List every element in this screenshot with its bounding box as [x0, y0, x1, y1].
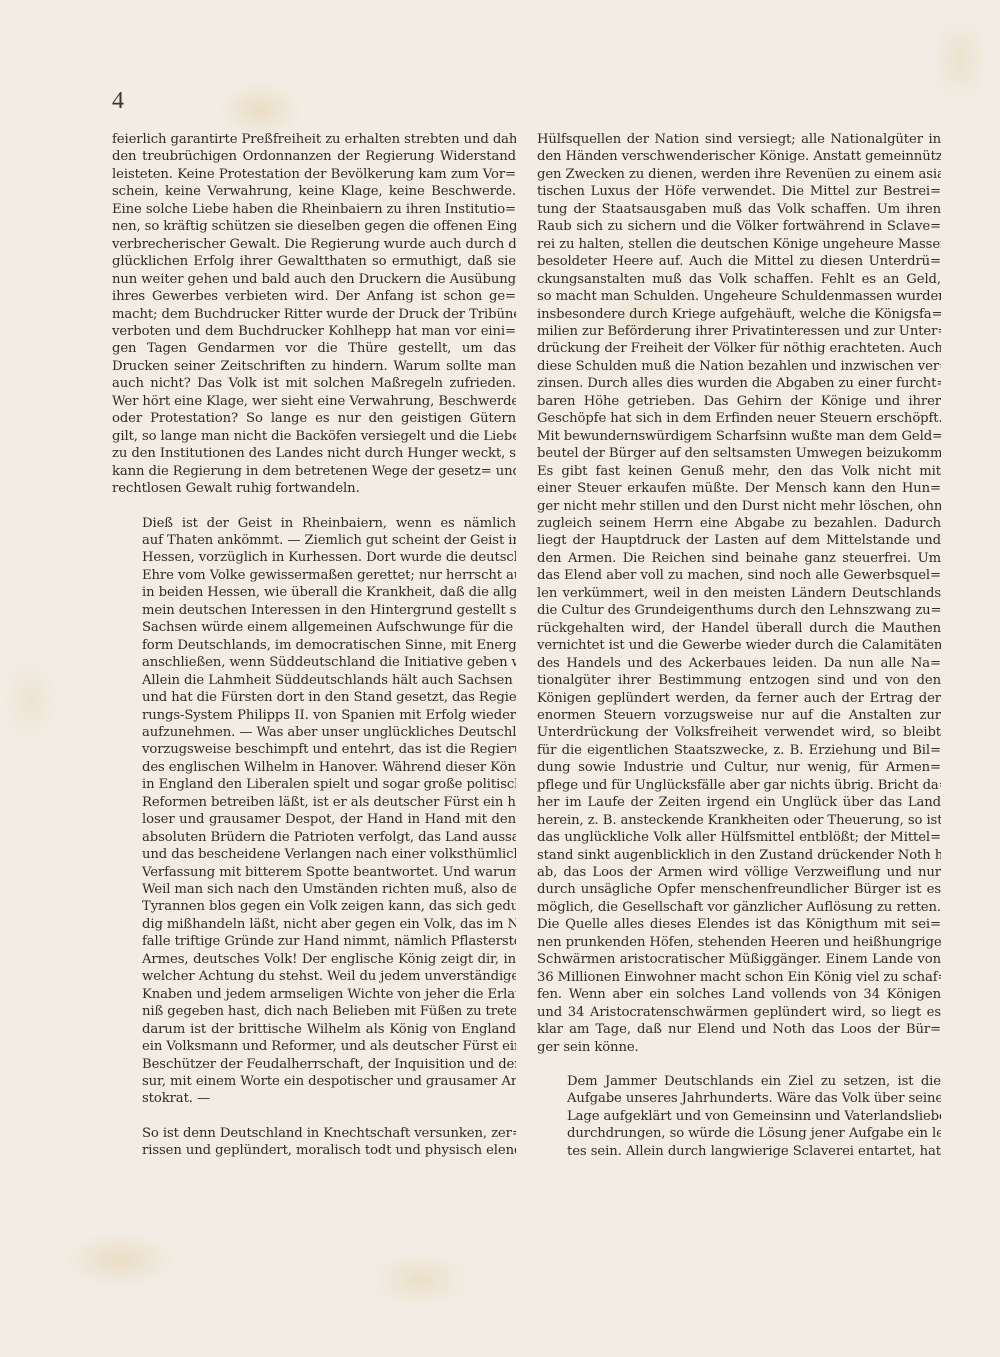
text-line: verboten und dem Buchdrucker Kohlhepp ha… — [112, 323, 516, 340]
text-line: macht; dem Buchdrucker Ritter wurde der … — [112, 306, 516, 323]
text-line: nen, so kräftig schützen sie dieselben g… — [112, 218, 516, 235]
text-line: Eine solche Liebe haben die Rheinbaiern … — [112, 201, 516, 218]
text-line: rissen und geplündert, moralisch todt un… — [112, 1142, 516, 1159]
paragraph: Hülfsquellen der Nation sind versiegt; a… — [537, 131, 941, 1056]
text-line: absoluten Brüdern die Patrioten verfolgt… — [112, 829, 516, 846]
text-line: verbrecherischer Gewalt. Die Regierung w… — [112, 236, 516, 253]
text-line: drückung der Freiheit der Völker für nöt… — [537, 340, 941, 357]
text-line: des englischen Wilhelm in Hanover. Währe… — [112, 759, 516, 776]
text-line: gen Zwecken zu dienen, werden ihre Reven… — [537, 166, 941, 183]
text-line: in beiden Hessen, wie überall die Krankh… — [112, 584, 516, 601]
text-line: So ist denn Deutschland in Knechtschaft … — [112, 1125, 516, 1142]
paragraph: So ist denn Deutschland in Knechtschaft … — [112, 1125, 516, 1160]
text-line: nun weiter gehen und bald auch den Druck… — [112, 271, 516, 288]
text-line: die Cultur des Grundeigenthums durch den… — [537, 602, 941, 619]
paragraph: feierlich garantirte Preßfreiheit zu erh… — [112, 131, 516, 498]
text-line: tionalgüter ihrer Bestimmung entzogen si… — [537, 672, 941, 689]
text-line: oder Protestation? So lange es nur den g… — [112, 410, 516, 427]
text-line: zu den Institutionen des Landes nicht du… — [112, 445, 516, 462]
text-line: des Handels und des Ackerbaues leiden. D… — [537, 655, 941, 672]
text-line: loser und grausamer Despot, der Hand in … — [112, 811, 516, 828]
text-line: liegt der Hauptdruck der Lasten auf dem … — [537, 532, 941, 549]
text-line: so macht man Schulden. Ungeheure Schulde… — [537, 288, 941, 305]
text-line: möglich, die Gesellschaft vor gänzlicher… — [537, 899, 941, 916]
text-column-right: Hülfsquellen der Nation sind versiegt; a… — [537, 131, 941, 1160]
text-line: dung sowie Industrie und Cultur, nur wen… — [537, 759, 941, 776]
text-line: glücklichen Erfolg ihrer Gewaltthaten so… — [112, 253, 516, 270]
text-line: feierlich garantirte Preßfreiheit zu erh… — [112, 131, 516, 148]
text-line: herein, z. B. ansteckende Krankheiten od… — [537, 812, 941, 829]
text-line: ckungsanstalten muß das Volk schaffen. F… — [537, 271, 941, 288]
text-line: beutel der Bürger auf den seltsamsten Um… — [537, 445, 941, 462]
text-line: welcher Achtung du stehst. Weil du jedem… — [112, 968, 516, 985]
text-line: besoldeter Heere auf. Auch die Mittel zu… — [537, 253, 941, 270]
text-line: Lage aufgeklärt und von Gemeinsinn und V… — [537, 1108, 941, 1125]
text-line: ein Volksmann und Reformer, und als deut… — [112, 1038, 516, 1055]
text-line: fen. Wenn aber ein solches Land vollends… — [537, 986, 941, 1003]
text-line: tischen Luxus der Höfe verwendet. Die Mi… — [537, 183, 941, 200]
text-line: den Armen. Die Reichen sind beinahe ganz… — [537, 550, 941, 567]
text-line: den treubrüchigen Ordonnanzen der Regier… — [112, 148, 516, 165]
text-line: in England den Liberalen spielt und soga… — [112, 776, 516, 793]
text-line: klar am Tage, daß nur Elend und Noth das… — [537, 1021, 941, 1038]
text-line: Dieß ist der Geist in Rheinbaiern, wenn … — [112, 515, 516, 532]
paragraph: Dieß ist der Geist in Rheinbaiern, wenn … — [112, 515, 516, 1108]
text-line: Reformen betreiben läßt, ist er als deut… — [112, 794, 516, 811]
text-line: Weil man sich nach den Umständen richten… — [112, 881, 516, 898]
text-line: anschließen, wenn Süddeutschland die Ini… — [112, 654, 516, 671]
text-line: auch nicht? Das Volk ist mit solchen Maß… — [112, 375, 516, 392]
text-line: baren Höhe getrieben. Das Gehirn der Kön… — [537, 393, 941, 410]
text-line: Wer hört eine Klage, wer sieht eine Verw… — [112, 393, 516, 410]
text-line: durch unsägliche Opfer menschenfreundlic… — [537, 881, 941, 898]
text-line: vorzugsweise beschimpft und entehrt, das… — [112, 741, 516, 758]
text-line: milien zur Beförderung ihrer Privatinter… — [537, 323, 941, 340]
text-line: Schwärmen aristocratischer Müßiggänger. … — [537, 951, 941, 968]
text-line: Raub sich zu sichern und die Völker fort… — [537, 218, 941, 235]
text-line: das unglückliche Volk aller Hülfsmittel … — [537, 829, 941, 846]
text-line: durchdrungen, so würde die Lösung jener … — [537, 1125, 941, 1142]
text-line: und das bescheidene Verlangen nach einer… — [112, 846, 516, 863]
text-line: gilt, so lange man nicht die Backöfen ve… — [112, 428, 516, 445]
text-line: ger nicht mehr stillen und den Durst nic… — [537, 498, 941, 515]
text-line: vernichtet ist und die Gewerbe wieder du… — [537, 637, 941, 654]
text-line: Unterdrückung der Volksfreiheit verwende… — [537, 724, 941, 741]
text-line: Knaben und jedem armseligen Wichte von j… — [112, 986, 516, 1003]
text-line: insbesondere durch Kriege aufgehäuft, we… — [537, 306, 941, 323]
text-line: Geschöpfe hat sich in dem Erfinden neuer… — [537, 410, 941, 427]
text-line: enormen Steuern vorzugsweise nur auf die… — [537, 707, 941, 724]
text-line: zinsen. Durch alles dies wurden die Abga… — [537, 375, 941, 392]
text-line: rei zu halten, stellen die deutschen Kön… — [537, 236, 941, 253]
text-line: ger sein könne. — [537, 1039, 941, 1056]
page-number: 4 — [112, 88, 124, 115]
text-line: Dem Jammer Deutschlands ein Ziel zu setz… — [537, 1073, 941, 1090]
text-line: dig mißhandeln läßt, nicht aber gegen ei… — [112, 916, 516, 933]
text-line: sur, mit einem Worte ein despotischer un… — [112, 1073, 516, 1090]
text-line: für die eigentlichen Staatszwecke, z. B.… — [537, 742, 941, 759]
text-line: einer Steuer erkaufen müßte. Der Mensch … — [537, 480, 941, 497]
text-line: rückgehalten wird, der Handel überall du… — [537, 620, 941, 637]
text-line: ihres Gewerbes verbieten wird. Der Anfan… — [112, 288, 516, 305]
text-line: auf Thaten ankömmt. — Ziemlich gut schei… — [112, 532, 516, 549]
paragraph: Dem Jammer Deutschlands ein Ziel zu setz… — [537, 1073, 941, 1160]
text-line: ab, das Loos der Armen wird völlige Verz… — [537, 864, 941, 881]
text-line: Hessen, vorzüglich in Kurhessen. Dort wu… — [112, 549, 516, 566]
text-line: nen prunkenden Höfen, stehenden Heeren u… — [537, 934, 941, 951]
text-line: rungs-System Philipps II. von Spanien mi… — [112, 707, 516, 724]
text-line: Die Quelle alles dieses Elendes ist das … — [537, 916, 941, 933]
text-line: 36 Millionen Einwohner macht schon Ein K… — [537, 969, 941, 986]
text-line: Beschützer der Feudalherrschaft, der Inq… — [112, 1056, 516, 1073]
text-line: stokrat. — — [112, 1090, 516, 1107]
text-line: Hülfsquellen der Nation sind versiegt; a… — [537, 131, 941, 148]
text-line: und hat die Fürsten dort in den Stand ge… — [112, 689, 516, 706]
text-line: Es gibt fast keinen Genuß mehr, den das … — [537, 463, 941, 480]
text-line: Sachsen würde einem allgemeinen Aufschwu… — [112, 619, 516, 636]
text-line: und 34 Aristocratenschwärmen geplündert … — [537, 1004, 941, 1021]
text-line: den Händen verschwenderischer Könige. An… — [537, 148, 941, 165]
text-line: her im Laufe der Zeiten irgend ein Unglü… — [537, 794, 941, 811]
text-line: stand sinkt augenblicklich in den Zustan… — [537, 847, 941, 864]
text-line: darum ist der brittische Wilhelm als Kön… — [112, 1021, 516, 1038]
text-line: Drucken seiner Zeitschriften zu hindern.… — [112, 358, 516, 375]
text-line: das Elend aber voll zu machen, sind noch… — [537, 567, 941, 584]
text-line: Aufgabe unseres Jahrhunderts. Wäre das V… — [537, 1090, 941, 1107]
text-line: Ehre vom Volke gewissermaßen gerettet; n… — [112, 567, 516, 584]
text-line: tung der Staatsausgaben muß das Volk sch… — [537, 201, 941, 218]
text-line: schein, keine Verwahrung, keine Klage, k… — [112, 183, 516, 200]
text-line: aufzunehmen. — Was aber unser unglücklic… — [112, 724, 516, 741]
text-line: Verfassung mit bitterem Spotte beantwort… — [112, 864, 516, 881]
text-line: Königen geplündert werden, da ferner auc… — [537, 690, 941, 707]
text-line: Allein die Lahmheit Süddeutschlands hält… — [112, 672, 516, 689]
text-line: rechtlosen Gewalt ruhig fortwandeln. — [112, 480, 516, 497]
text-line: falle triftige Gründe zur Hand nimmt, nä… — [112, 933, 516, 950]
text-line: pflege und für Unglücksfälle aber gar ni… — [537, 777, 941, 794]
text-line: Armes, deutsches Volk! Der englische Kön… — [112, 951, 516, 968]
text-line: niß gegeben hast, dich nach Belieben mit… — [112, 1003, 516, 1020]
text-line: mein deutschen Interessen in den Hinterg… — [112, 602, 516, 619]
text-column-left: feierlich garantirte Preßfreiheit zu erh… — [112, 131, 516, 1160]
text-line: Mit bewundernswürdigem Scharfsinn wußte … — [537, 428, 941, 445]
text-line: diese Schulden muß die Nation bezahlen u… — [537, 358, 941, 375]
text-line: form Deutschlands, im democratischen Sin… — [112, 637, 516, 654]
text-line: zugleich seinem Herrn eine Abgabe zu bez… — [537, 515, 941, 532]
text-line: leisteten. Keine Protestation der Bevölk… — [112, 166, 516, 183]
text-line: gen Tagen Gendarmen vor die Thüre gestel… — [112, 340, 516, 357]
text-line: tes sein. Allein durch langwierige Sclav… — [537, 1143, 941, 1160]
text-line: kann die Regierung in dem betretenen Weg… — [112, 463, 516, 480]
text-line: Tyrannen blos gegen ein Volk zeigen kann… — [112, 898, 516, 915]
text-line: len verkümmert, weil in den meisten Länd… — [537, 585, 941, 602]
